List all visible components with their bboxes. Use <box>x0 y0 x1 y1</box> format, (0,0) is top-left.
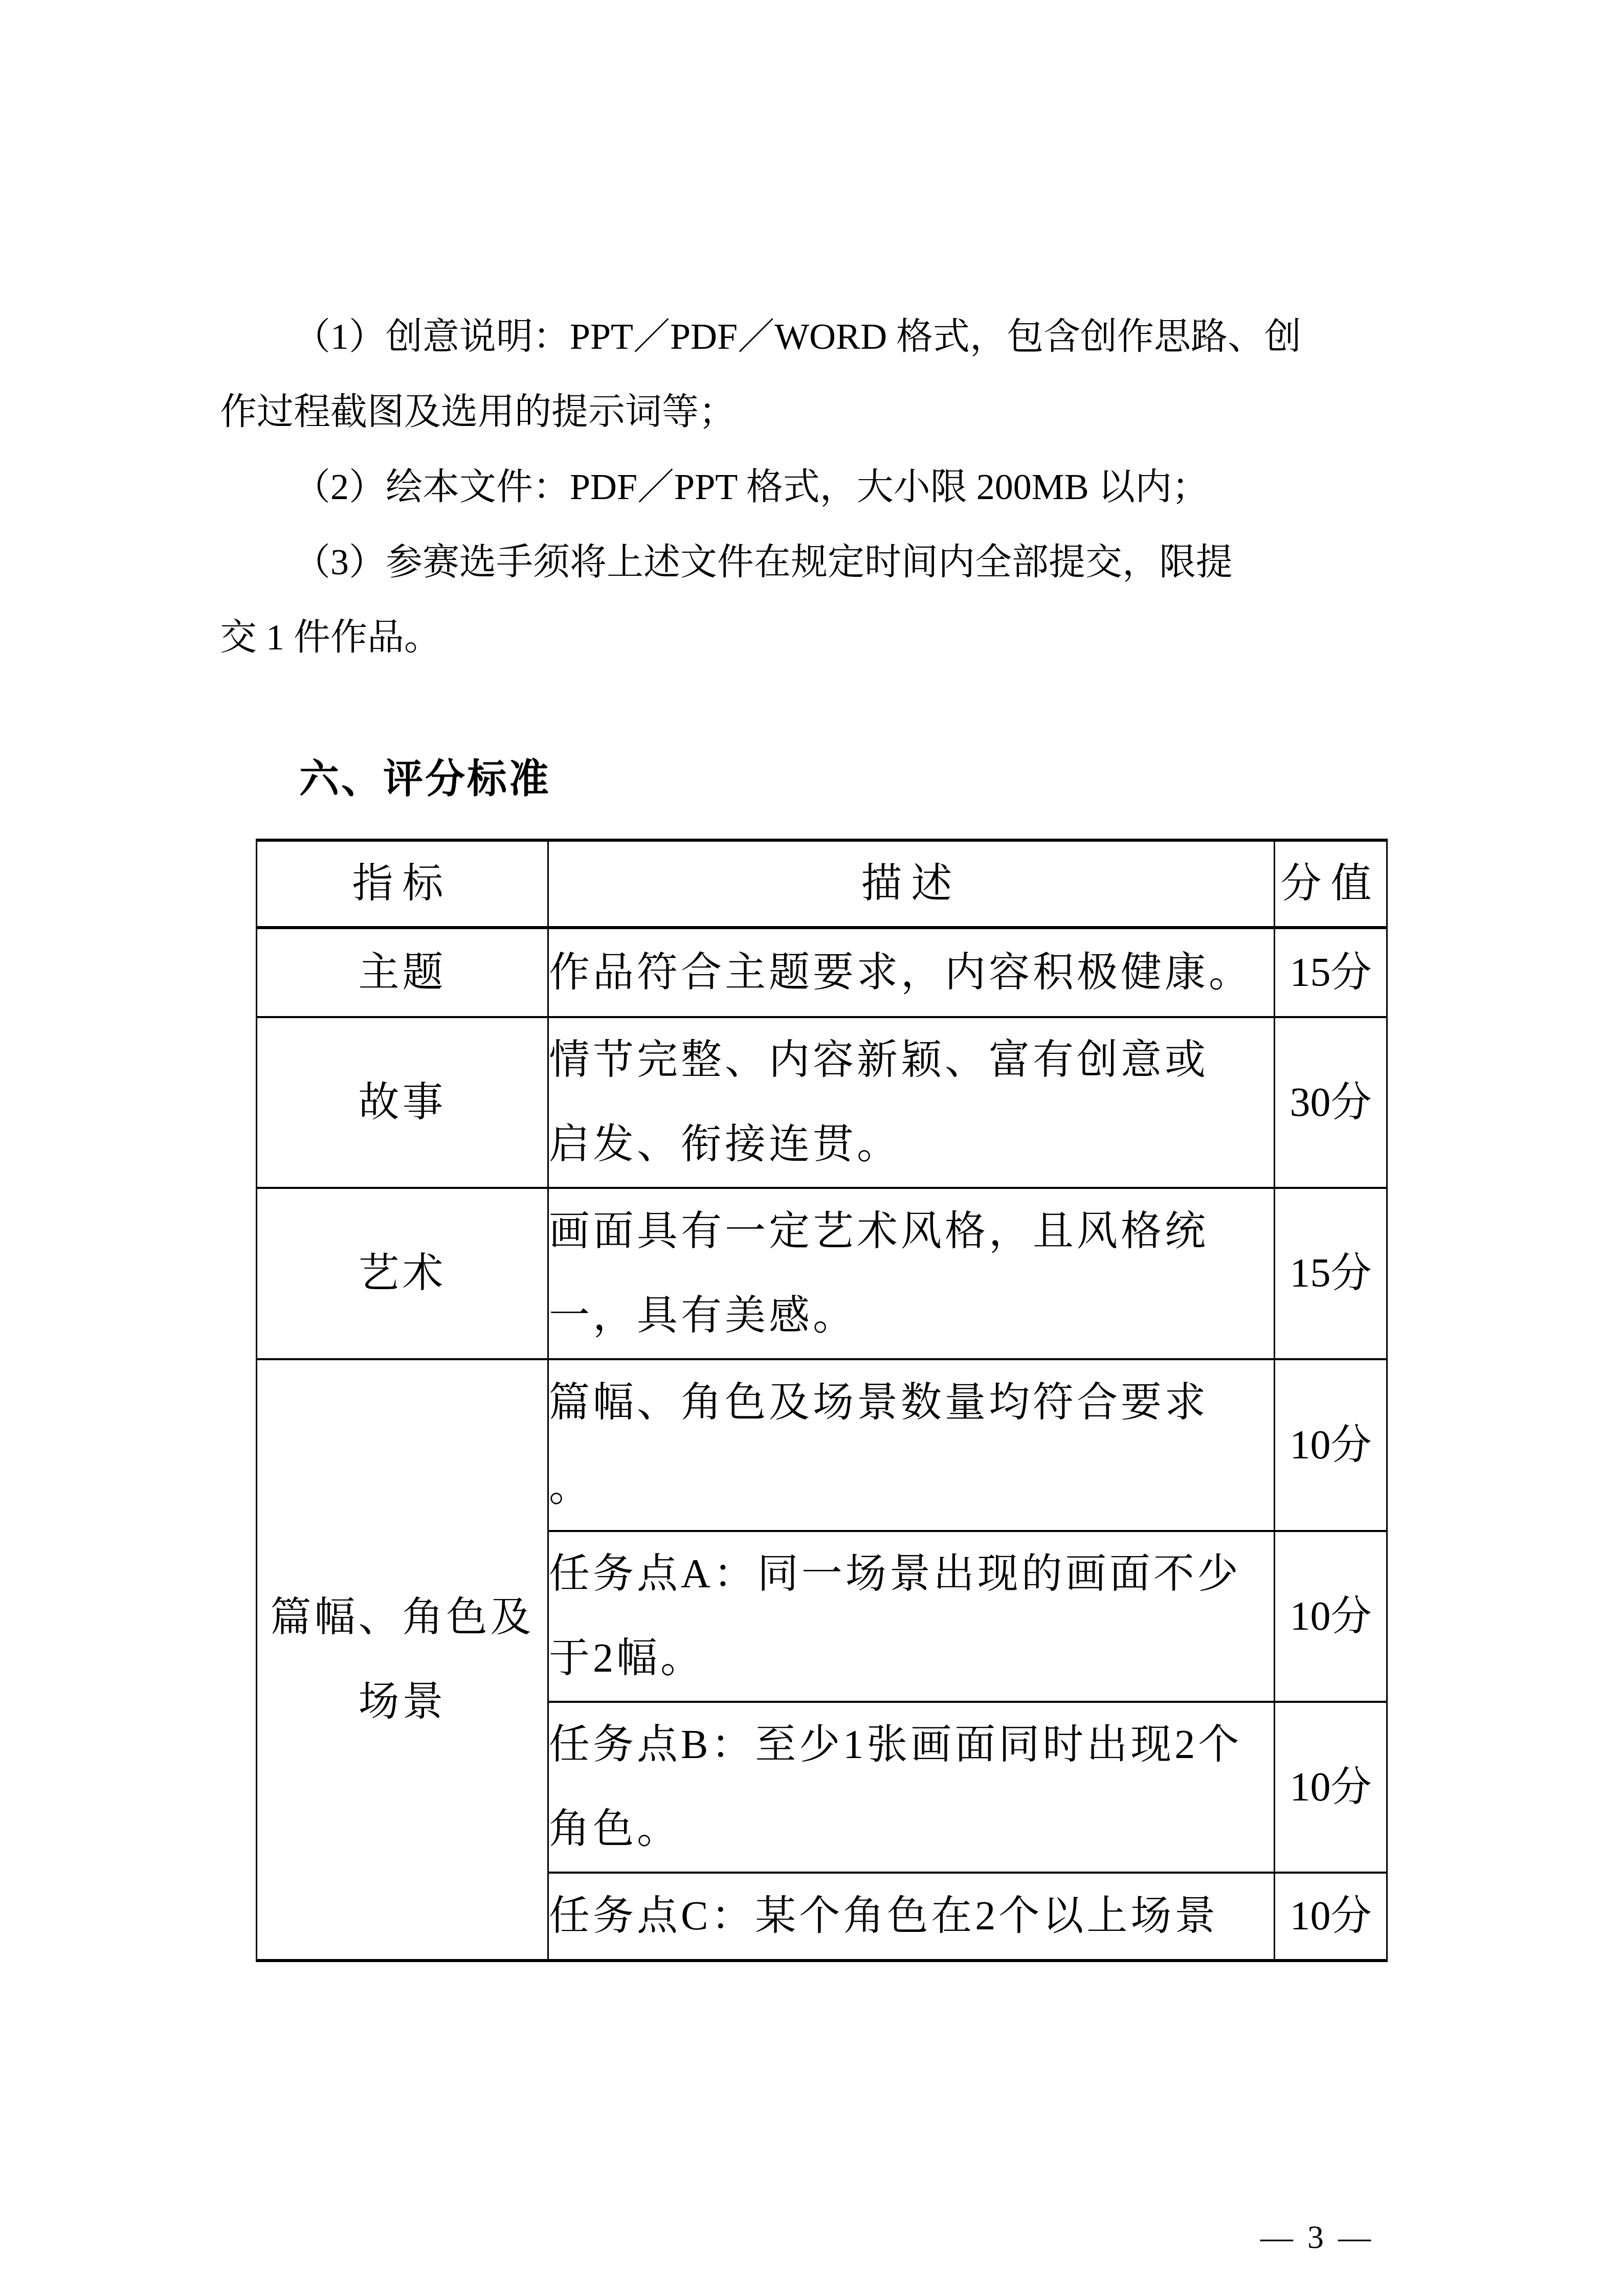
table-header-row: 指标 描述 分值 <box>257 840 1387 928</box>
description-cell: 任务点C：某个角色在2个以上场景 <box>548 1873 1275 1961</box>
description-cell: 情节完整、内容新颖、富有创意或 启发、衔接连贯。 <box>548 1017 1275 1188</box>
score-cell: 10分 <box>1275 1873 1387 1961</box>
document-page: （1）创意说明：PPT／PDF／WORD 格式，包含创作思路、创 作过程截图及选… <box>0 0 1623 2296</box>
score-cell: 10分 <box>1275 1359 1387 1531</box>
score-cell: 15分 <box>1275 928 1387 1017</box>
paragraph-submission-item-3: （3）参赛选手须将上述文件在规定时间内全部提交，限提 交 1 件作品。 <box>220 525 1463 675</box>
page-number: — 3 — <box>1243 2214 1391 2260</box>
description-cell: 画面具有一定艺术风格，且风格统 一，具有美感。 <box>548 1188 1275 1359</box>
indicator-cell: 艺术 <box>257 1188 548 1359</box>
description-cell: 任务点A：同一场景出现的画面不少 于2幅。 <box>548 1531 1275 1702</box>
paragraph-submission-item-2: （2）绘本文件：PDF／PPT 格式，大小限 200MB 以内； <box>220 449 1463 525</box>
score-cell: 10分 <box>1275 1702 1387 1873</box>
table-row-length-roles-scenes: 篇幅、角色及 场景 篇幅、角色及场景数量均符合要求 。 10分 <box>257 1359 1387 1531</box>
scoring-criteria-table: 指标 描述 分值 主题 作品符合主题要求，内容积极健康。 15分 故事 情节完整… <box>256 839 1388 1962</box>
score-cell: 10分 <box>1275 1531 1387 1702</box>
header-score: 分值 <box>1275 840 1387 928</box>
description-cell: 作品符合主题要求，内容积极健康。 <box>548 928 1275 1017</box>
body-text: （1）创意说明：PPT／PDF／WORD 格式，包含创作思路、创 作过程截图及选… <box>220 299 1463 675</box>
indicator-cell-merged: 篇幅、角色及 场景 <box>257 1359 548 1961</box>
score-cell: 30分 <box>1275 1017 1387 1188</box>
header-description: 描述 <box>548 840 1275 928</box>
header-indicator: 指标 <box>257 840 548 928</box>
table-row-art: 艺术 画面具有一定艺术风格，且风格统 一，具有美感。 15分 <box>257 1188 1387 1359</box>
paragraph-submission-item-1: （1）创意说明：PPT／PDF／WORD 格式，包含创作思路、创 作过程截图及选… <box>220 299 1463 449</box>
indicator-cell: 主题 <box>257 928 548 1017</box>
table-row-story: 故事 情节完整、内容新颖、富有创意或 启发、衔接连贯。 30分 <box>257 1017 1387 1188</box>
table-row-theme: 主题 作品符合主题要求，内容积极健康。 15分 <box>257 928 1387 1017</box>
score-cell: 15分 <box>1275 1188 1387 1359</box>
section-heading-scoring-criteria: 六、评分标准 <box>299 751 551 807</box>
indicator-cell: 故事 <box>257 1017 548 1188</box>
description-cell: 篇幅、角色及场景数量均符合要求 。 <box>548 1359 1275 1531</box>
description-cell: 任务点B：至少1张画面同时出现2个 角色。 <box>548 1702 1275 1873</box>
